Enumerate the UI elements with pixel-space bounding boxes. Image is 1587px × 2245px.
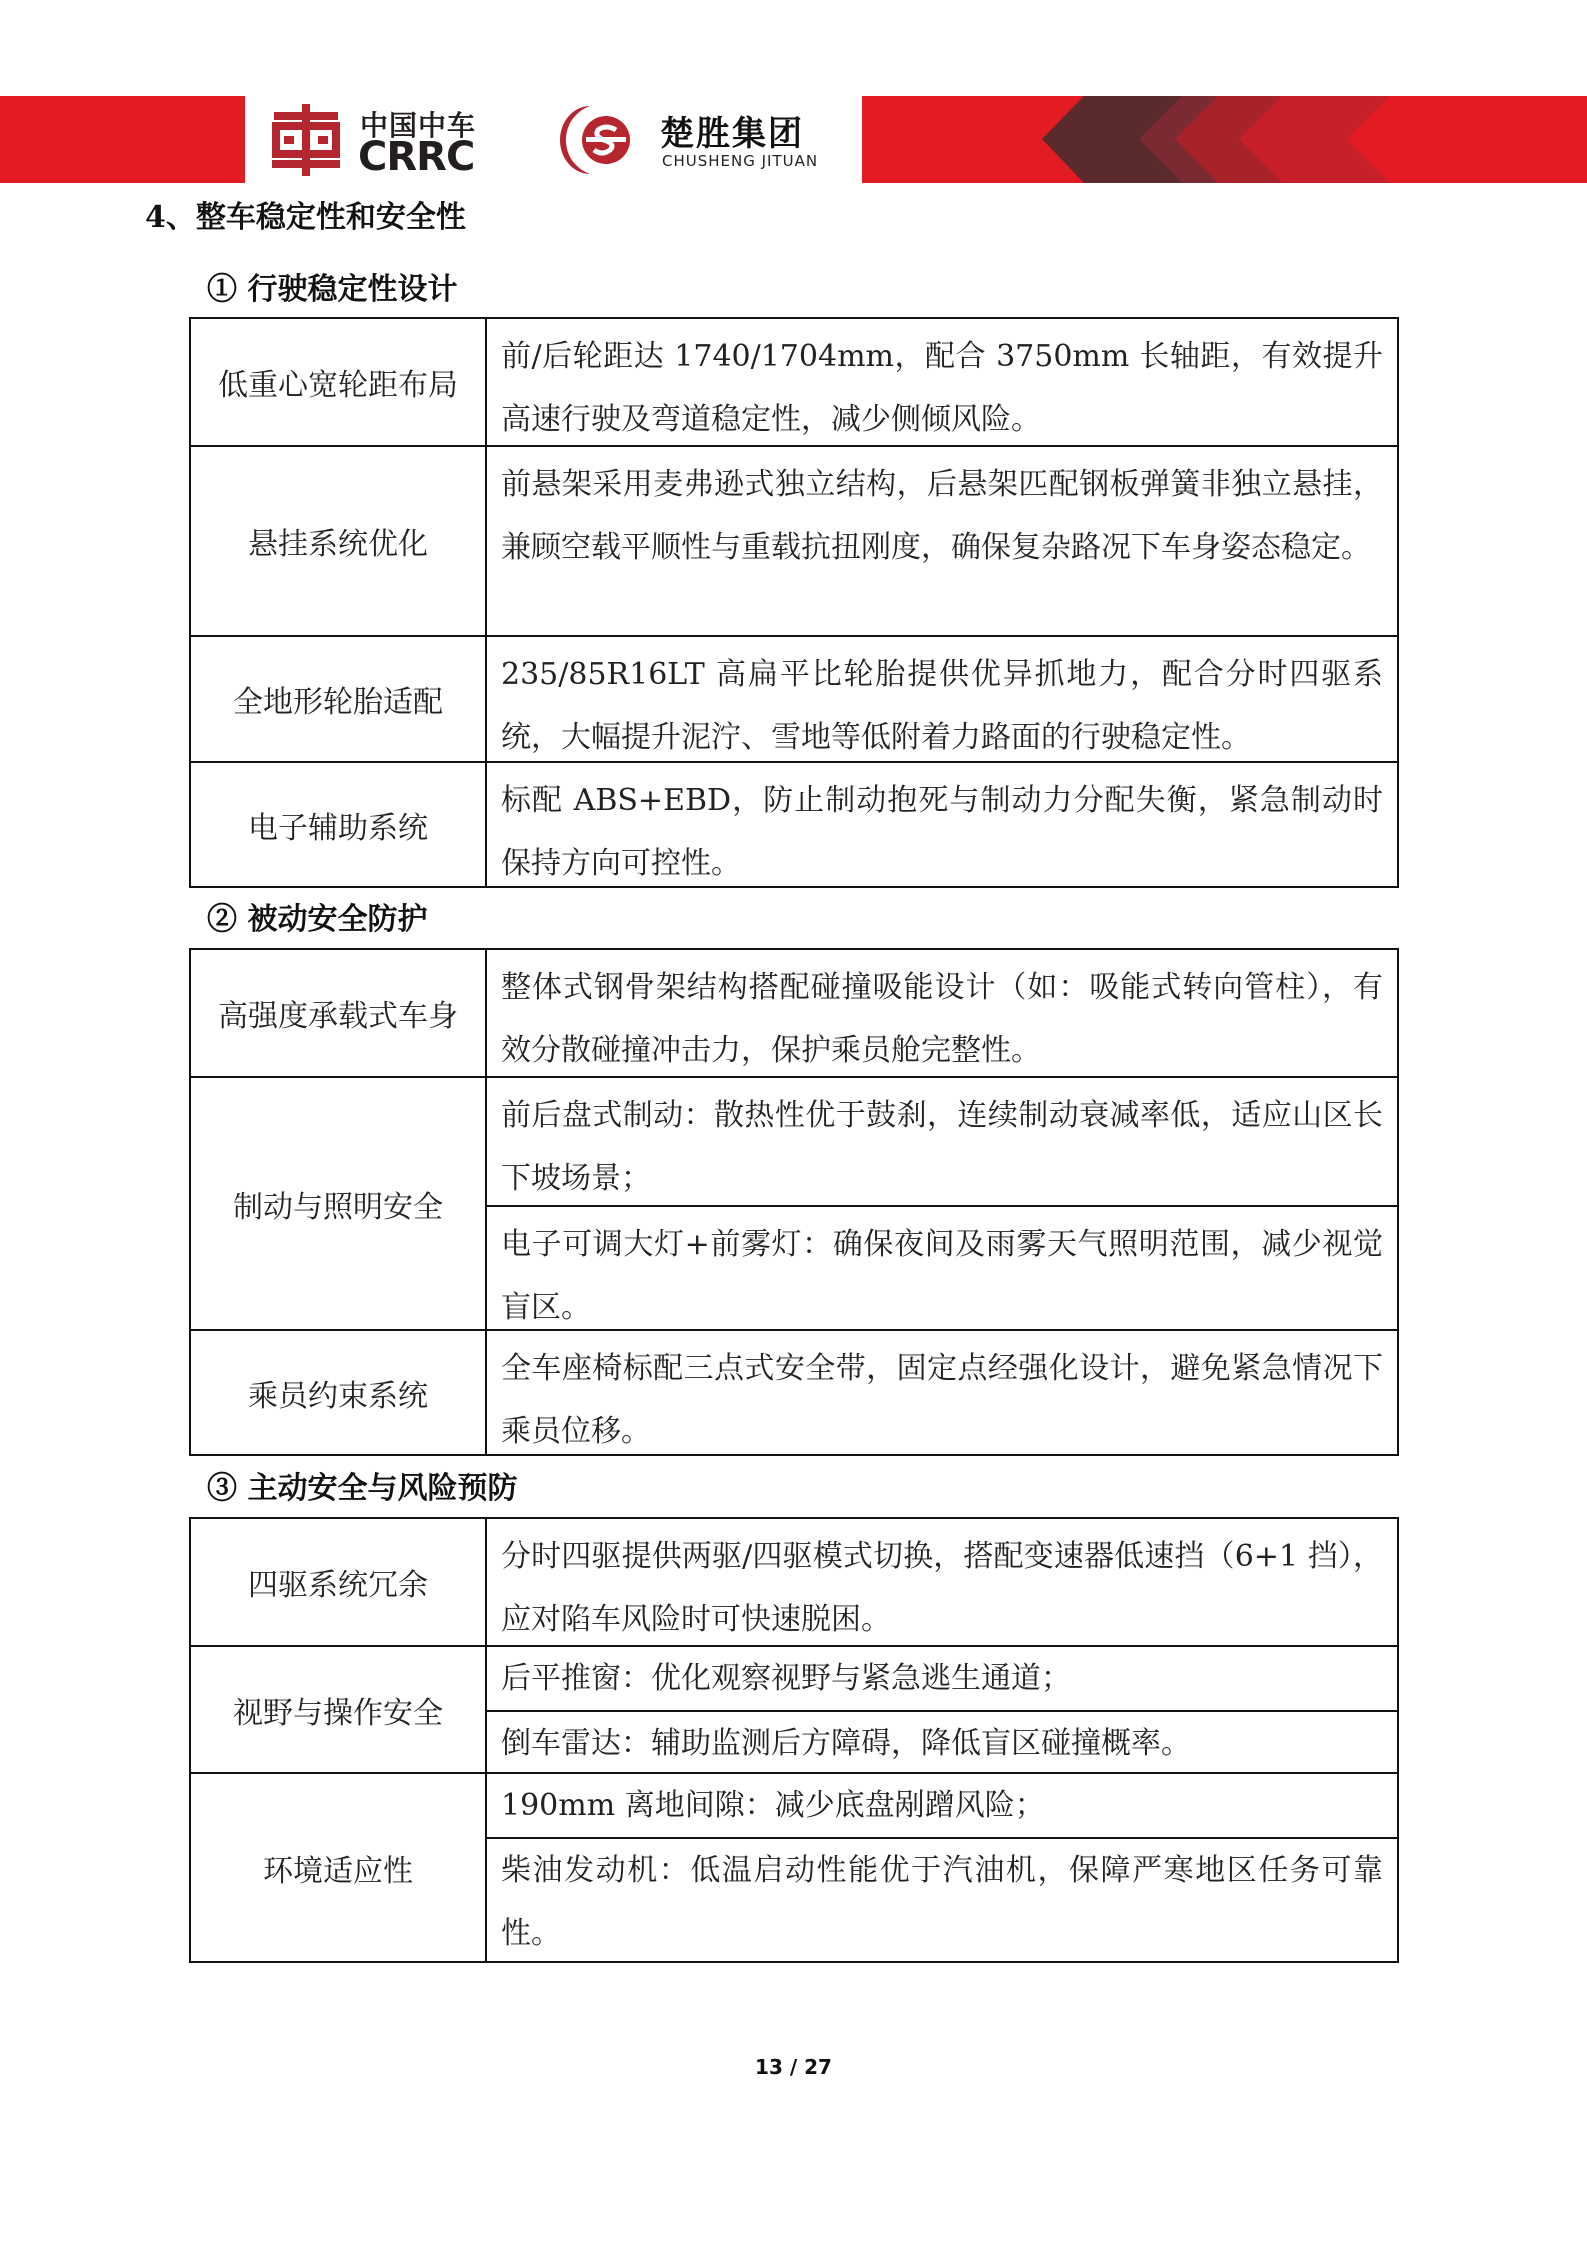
active-safety-table: 四驱系统冗余 分时四驱提供两驱/四驱模式切换，搭配变速器低速挡（6+1 挡），应… — [189, 1517, 1399, 1963]
chusheng-logo-cn: 楚胜集团 — [660, 106, 804, 155]
row-description: 分时四驱提供两驱/四驱模式切换，搭配变速器低速挡（6+1 挡），应对陷车风险时可… — [487, 1519, 1397, 1659]
row-label: 高强度承载式车身 — [191, 950, 487, 1076]
row-description: 前后盘式制动：散热性优于鼓刹，连续制动衰减率低，适应山区长下坡场景； — [487, 1078, 1397, 1205]
row-description: 倒车雷达：辅助监测后方障碍，降低盲区碰撞概率。 — [487, 1710, 1397, 1774]
table-row: 电子辅助系统 标配 ABS+EBD，防止制动抱死与制动力分配失衡，紧急制动时保持… — [191, 761, 1397, 886]
subsection-heading-1: ① 行驶稳定性设计 — [207, 264, 457, 308]
row-label: 低重心宽轮距布局 — [191, 319, 487, 445]
section-title: 4、整车稳定性和安全性 — [145, 192, 466, 236]
row-label: 四驱系统冗余 — [191, 1519, 487, 1645]
subsection-heading-2: ② 被动安全防护 — [207, 894, 427, 938]
banner-red-right — [862, 96, 1587, 183]
page-number: 13 / 27 — [0, 2055, 1587, 2079]
row-description: 后平推窗：优化观察视野与紧急逃生通道； — [487, 1647, 1397, 1710]
table-row: 全地形轮胎适配 235/85R16LT 高扁平比轮胎提供优异抓地力，配合分时四驱… — [191, 635, 1397, 761]
row-description: 235/85R16LT 高扁平比轮胎提供优异抓地力，配合分时四驱系统，大幅提升泥… — [487, 637, 1397, 777]
crrc-che-mark-icon — [270, 104, 342, 176]
row-description: 柴油发动机：低温启动性能优于汽油机，保障严寒地区任务可靠性。 — [487, 1837, 1397, 1963]
table-row: 高强度承载式车身 整体式钢骨架结构搭配碰撞吸能设计（如：吸能式转向管柱），有效分… — [191, 950, 1397, 1076]
table-row: 制动与照明安全 前后盘式制动：散热性优于鼓刹，连续制动衰减率低，适应山区长下坡场… — [191, 1076, 1397, 1329]
row-description: 前/后轮距达 1740/1704mm，配合 3750mm 长轴距，有效提升高速行… — [487, 319, 1397, 459]
row-label: 电子辅助系统 — [191, 763, 487, 886]
header-banner: 中国中车 CRRC 楚胜集团 CHUSHENG JITUAN — [0, 96, 1587, 183]
crrc-logo-en: CRRC — [358, 134, 474, 180]
table-row: 悬挂系统优化 前悬架采用麦弗逊式独立结构，后悬架匹配钢板弹簧非独立悬挂，兼顾空载… — [191, 445, 1397, 635]
table-row: 视野与操作安全 后平推窗：优化观察视野与紧急逃生通道； 倒车雷达：辅助监测后方障… — [191, 1645, 1397, 1772]
row-label: 制动与照明安全 — [191, 1078, 487, 1329]
row-description: 电子可调大灯+前雾灯：确保夜间及雨雾天气照明范围，减少视觉盲区。 — [487, 1205, 1397, 1331]
table-row: 环境适应性 190mm 离地间隙：减少底盘剐蹭风险； 柴油发动机：低温启动性能优… — [191, 1772, 1397, 1961]
row-description: 前悬架采用麦弗逊式独立结构，后悬架匹配钢板弹簧非独立悬挂，兼顾空载平顺性与重载抗… — [487, 447, 1397, 587]
logo-area: 中国中车 CRRC 楚胜集团 CHUSHENG JITUAN — [245, 96, 862, 183]
row-description: 全车座椅标配三点式安全带，固定点经强化设计，避免紧急情况下乘员位移。 — [487, 1331, 1397, 1471]
row-description: 整体式钢骨架结构搭配碰撞吸能设计（如：吸能式转向管柱），有效分散碰撞冲击力，保护… — [487, 950, 1397, 1090]
chusheng-logo-en: CHUSHENG JITUAN — [662, 152, 818, 170]
row-description: 标配 ABS+EBD，防止制动抱死与制动力分配失衡，紧急制动时保持方向可控性。 — [487, 763, 1397, 903]
subsection-heading-3: ③ 主动安全与风险预防 — [207, 1463, 517, 1507]
table-row: 乘员约束系统 全车座椅标配三点式安全带，固定点经强化设计，避免紧急情况下乘员位移… — [191, 1329, 1397, 1454]
row-description: 190mm 离地间隙：减少底盘剐蹭风险； — [487, 1774, 1397, 1837]
stability-table: 低重心宽轮距布局 前/后轮距达 1740/1704mm，配合 3750mm 长轴… — [189, 317, 1399, 888]
chevron-decoration-icon — [862, 96, 1587, 183]
chusheng-s-mark-icon — [560, 102, 636, 178]
table-row: 四驱系统冗余 分时四驱提供两驱/四驱模式切换，搭配变速器低速挡（6+1 挡），应… — [191, 1519, 1397, 1645]
banner-red-left — [0, 96, 245, 183]
row-label: 乘员约束系统 — [191, 1331, 487, 1454]
row-label: 环境适应性 — [191, 1774, 487, 1961]
row-label: 视野与操作安全 — [191, 1647, 487, 1772]
row-label: 悬挂系统优化 — [191, 447, 487, 635]
row-label: 全地形轮胎适配 — [191, 637, 487, 761]
passive-safety-table: 高强度承载式车身 整体式钢骨架结构搭配碰撞吸能设计（如：吸能式转向管柱），有效分… — [189, 948, 1399, 1456]
table-row: 低重心宽轮距布局 前/后轮距达 1740/1704mm，配合 3750mm 长轴… — [191, 319, 1397, 445]
